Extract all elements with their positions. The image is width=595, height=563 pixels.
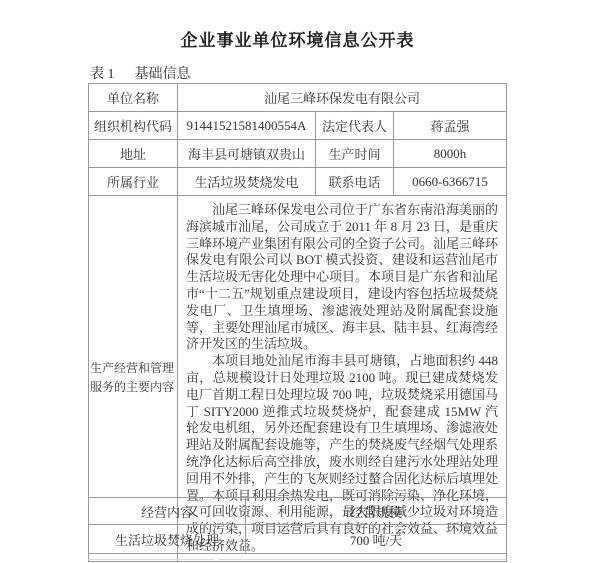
table1-caption-label: 基础信息 <box>135 67 191 82</box>
table-row: 所属行业 生活垃圾焚烧发电 联系电话 0660-6366715 <box>89 168 507 196</box>
production-time-label: 生产时间 <box>316 140 394 168</box>
next-table-top-edge-right <box>219 559 506 560</box>
legal-rep-value: 蒋孟强 <box>394 112 507 140</box>
operation-scale-value: 700 吨/天 <box>246 525 507 554</box>
operation-scale-header: 经营规模 <box>246 498 507 525</box>
table-row: 地址 海丰县可塘镇双贵山 生产时间 8000h <box>89 140 507 168</box>
phone-label: 联系电话 <box>316 168 394 196</box>
phone-value: 0660-6366715 <box>394 168 507 196</box>
legal-rep-label: 法定代表人 <box>316 112 394 140</box>
unit-name-label: 单位名称 <box>89 84 178 112</box>
basic-info-table: 单位名称 汕尾三峰环保发电有限公司 组织机构代码 914415215814005… <box>88 83 507 562</box>
table-row: 生活垃圾焚烧处理 700 吨/天 <box>89 525 507 554</box>
industry-label: 所属行业 <box>89 168 178 196</box>
industry-value: 生活垃圾焚烧发电 <box>178 168 316 196</box>
table-row: 经营内容 经营规模 <box>89 498 507 525</box>
address-label: 地址 <box>89 140 178 168</box>
page-title: 企业事业单位环境信息公开表 <box>0 26 595 51</box>
operation-table: 经营内容 经营规模 生活垃圾焚烧处理 700 吨/天 <box>88 497 507 554</box>
org-code-label: 组织机构代码 <box>89 112 178 140</box>
table-row: 组织机构代码 91441521581400554A 法定代表人 蒋孟强 <box>89 112 507 140</box>
table-row: 单位名称 汕尾三峰环保发电有限公司 <box>89 84 507 112</box>
next-table-top-edge-left <box>88 559 214 560</box>
address-value: 海丰县可塘镇双贵山 <box>178 140 316 168</box>
operation-content-header: 经营内容 <box>89 498 246 525</box>
operation-content-value: 生活垃圾焚烧处理 <box>89 525 246 554</box>
org-code-value: 91441521581400554A <box>178 112 316 140</box>
table1-caption: 表 1基础信息 <box>90 63 191 83</box>
production-time-value: 8000h <box>394 140 507 168</box>
table1-caption-number: 表 1 <box>90 67 115 82</box>
business-content-paragraph-1: 汕尾三峰环保发电公司位于广东省东南沿海美丽的海滨城市汕尾，公司成立于 2011 … <box>186 202 498 353</box>
unit-name-value: 汕尾三峰环保发电有限公司 <box>178 84 507 112</box>
